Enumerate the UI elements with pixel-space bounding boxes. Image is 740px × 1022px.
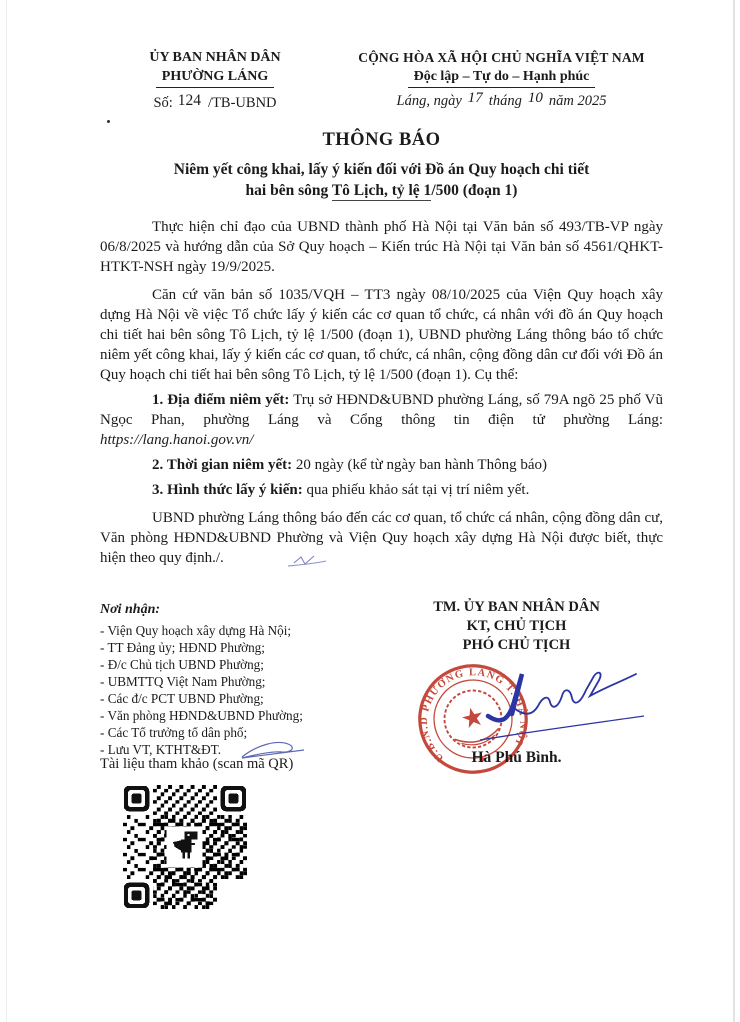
signer-name: Hà Phú Bình. (370, 749, 663, 767)
issue-date: Láng, ngày17tháng10năm 2025 (340, 93, 663, 110)
issuing-authority-block: ỦY BAN NHÂN DÂN PHƯỜNG LÁNG Số:124/TB-UB… (100, 48, 330, 112)
portal-url: https://lang.hanoi.gov.vn/ (100, 430, 663, 450)
paragraph-3: UBND phường Láng thông báo đến các cơ qu… (100, 508, 663, 575)
document-number: Số:124/TB-UBND (100, 94, 330, 112)
org-name: PHƯỜNG LÁNG (156, 67, 274, 88)
signature-role-1: KT, CHỦ TỊCH (370, 617, 663, 636)
subtitle-line-2: hai bên sông Tô Lịch, tỷ lệ 1/500 (đoạn … (100, 180, 663, 201)
recipients-label: Nơi nhận: (100, 602, 400, 618)
paragraph-2: Căn cứ văn bản số 1035/VQH – TT3 ngày 08… (100, 285, 663, 385)
qr-caption: Tài liệu tham khảo (scan mã QR) (100, 756, 293, 773)
item-duration-label: 2. Thời gian niêm yết: (152, 457, 292, 473)
org-parent: ỦY BAN NHÂN DÂN (100, 48, 330, 67)
list-item: - Viện Quy hoạch xây dựng Hà Nội; (100, 622, 400, 639)
document-footer: Nơi nhận: - Viện Quy hoạch xây dựng Hà N… (100, 598, 663, 784)
document-number-label: Số: (153, 95, 172, 111)
list-item: - Đ/c Chủ tịch UBND Phường; (100, 656, 400, 673)
date-month-label: tháng (489, 93, 522, 109)
recipients-block: Nơi nhận: - Viện Quy hoạch xây dựng Hà N… (100, 602, 400, 758)
list-item: - Văn phòng HĐND&UBND Phường; (100, 707, 400, 724)
ink-mark (232, 553, 328, 575)
item-duration: 2. Thời gian niêm yết: 20 ngày (kể từ ng… (100, 455, 663, 475)
item-method: 3. Hình thức lấy ý kiến: qua phiếu khảo … (100, 480, 663, 500)
scanned-document-page: ỦY BAN NHÂN DÂN PHƯỜNG LÁNG Số:124/TB-UB… (0, 0, 740, 1022)
date-month: 10 (528, 90, 543, 107)
date-year-label: năm (549, 93, 574, 109)
qr-code (123, 782, 247, 912)
document-body: ỦY BAN NHÂN DÂN PHƯỜNG LÁNG Số:124/TB-UB… (100, 48, 663, 575)
signature-authority: TM. ỦY BAN NHÂN DÂN (370, 598, 663, 617)
underlined-text: Tô Lịch, tỷ lệ 1 (332, 182, 431, 201)
list-item: - Các đ/c PCT UBND Phường; (100, 690, 400, 707)
date-day: 17 (468, 90, 483, 107)
scan-edge (733, 0, 735, 1022)
scan-edge (6, 0, 7, 1022)
national-header-block: CỘNG HÒA XÃ HỘI CHỦ NGHĨA VIỆT NAM Độc l… (340, 48, 663, 110)
paragraph-1: Thực hiện chỉ đạo của UBND thành phố Hà … (100, 217, 663, 277)
signature-ink (478, 644, 664, 748)
list-item: - UBMTTQ Việt Nam Phường; (100, 673, 400, 690)
item-method-label: 3. Hình thức lấy ý kiến: (152, 482, 303, 498)
document-number-suffix: /TB-UBND (208, 95, 276, 111)
document-subtitle: Niêm yết công khai, lấy ý kiến đối với Đ… (100, 159, 663, 201)
item-location-label: 1. Địa điểm niêm yết: (152, 392, 289, 408)
subtitle-line-1: Niêm yết công khai, lấy ý kiến đối với Đ… (100, 159, 663, 180)
date-place: Láng, ngày (397, 93, 462, 109)
national-motto: Độc lập – Tự do – Hạnh phúc (408, 67, 596, 88)
list-item: - TT Đảng ủy; HĐND Phường; (100, 639, 400, 656)
item-location: 1. Địa điểm niêm yết: Trụ sở HĐND&UBND p… (100, 390, 663, 430)
document-title: THÔNG BÁO (100, 130, 663, 151)
national-title: CỘNG HÒA XÃ HỘI CHỦ NGHĨA VIỆT NAM (340, 48, 663, 67)
document-number-value: 124 (178, 92, 201, 110)
document-header: ỦY BAN NHÂN DÂN PHƯỜNG LÁNG Số:124/TB-UB… (100, 48, 663, 112)
date-year: 2025 (577, 93, 606, 109)
